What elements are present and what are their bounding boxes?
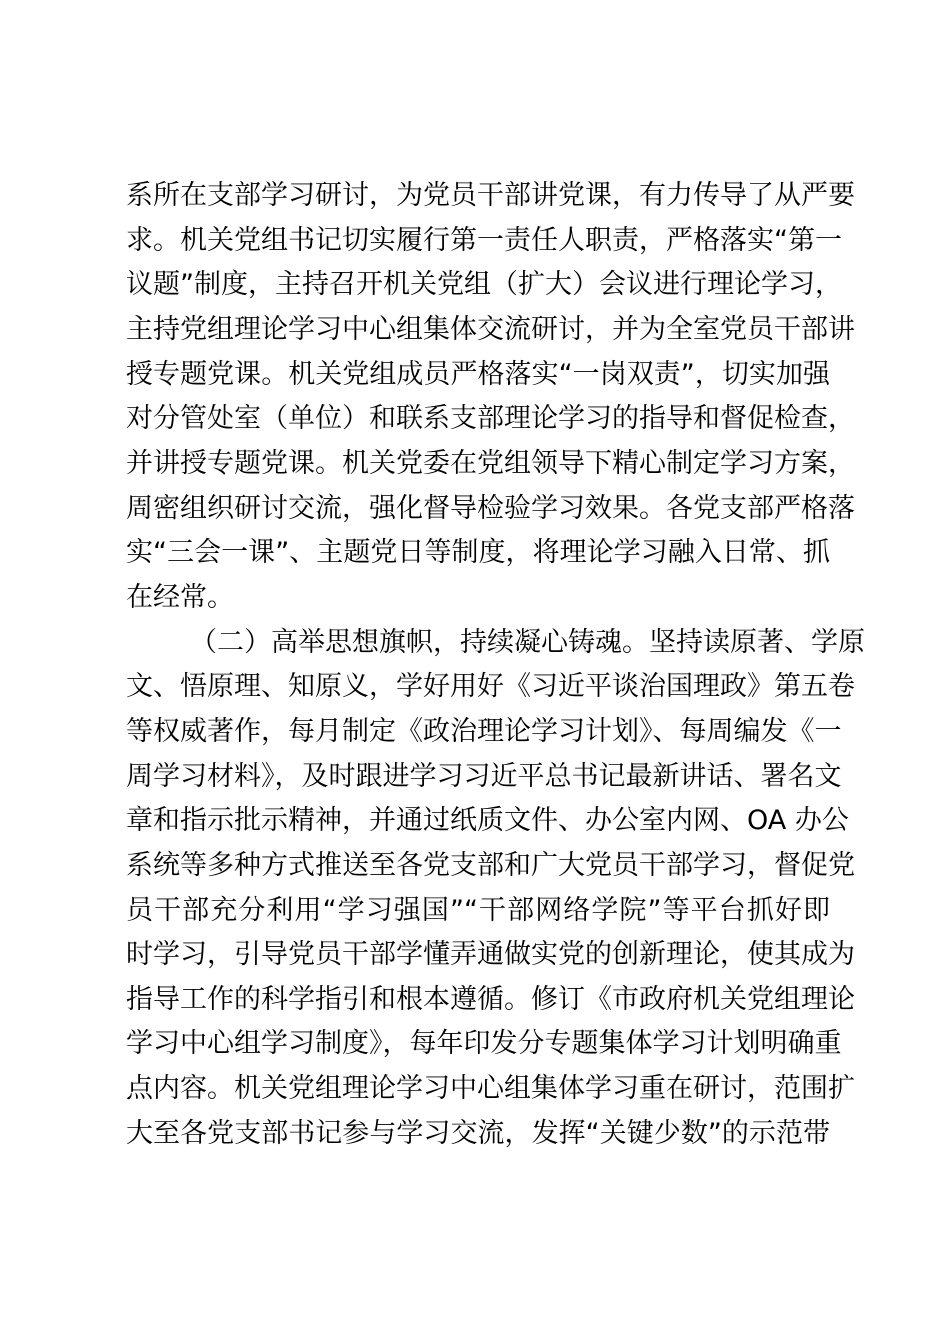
text-line: 系所在支部学习研讨，为党员干部讲党课，有力传导了从严要 — [126, 174, 830, 219]
text-line: 大至各党支部书记参与学习交流，发挥“关键少数”的示范带 — [126, 1112, 830, 1157]
text-line: 求。机关党组书记切实履行第一责任人职责，严格落实“第一 — [126, 219, 830, 264]
text-line: 章和指示批示精神，并通过纸质文件、办公室内网、OA 办公 — [126, 799, 830, 844]
paragraph-2-section-heading: （二）高举思想旗帜，持续凝心铸魂。坚持读原著、学原 文、悟原理、知原义，学好用好… — [126, 621, 830, 1157]
text-line: 实“三会一课”、主题党日等制度，将理论学习融入日常、抓 — [126, 531, 830, 576]
document-body: 系所在支部学习研讨，为党员干部讲党课，有力传导了从严要 求。机关党组书记切实履行… — [126, 174, 830, 1156]
text-line: 周密组织研讨交流，强化督导检验学习效果。各党支部严格落 — [126, 487, 830, 532]
text-line: 周学习材料》，及时跟进学习习近平总书记最新讲话、署名文 — [126, 755, 830, 800]
text-line: 员干部充分利用“学习强国”“干部网络学院”等平台抓好即 — [126, 889, 830, 934]
text-line-indented: （二）高举思想旗帜，持续凝心铸魂。坚持读原著、学原 — [126, 621, 830, 666]
text-line: 文、悟原理、知原义，学好用好《习近平谈治国理政》第五卷 — [126, 665, 830, 710]
text-line: 学习中心组学习制度》，每年印发分专题集体学习计划明确重 — [126, 1022, 830, 1067]
text-line: 在经常。 — [126, 576, 830, 621]
text-line: 点内容。机关党组理论学习中心组集体学习重在研讨，范围扩 — [126, 1067, 830, 1112]
text-line: 授专题党课。机关党组成员严格落实“一岗双责”，切实加强 — [126, 353, 830, 398]
text-line: 等权威著作，每月制定《政治理论学习计划》、每周编发《一 — [126, 710, 830, 755]
text-line: 系统等多种方式推送至各党支部和广大党员干部学习，督促党 — [126, 844, 830, 889]
text-line: 主持党组理论学习中心组集体交流研讨，并为全室党员干部讲 — [126, 308, 830, 353]
text-line: 议题”制度，主持召开机关党组（扩大）会议进行理论学习， — [126, 263, 830, 308]
text-line: 对分管处室（单位）和联系支部理论学习的指导和督促检查， — [126, 397, 830, 442]
text-line: 指导工作的科学指引和根本遵循。修订《市政府机关党组理论 — [126, 978, 830, 1023]
paragraph-1: 系所在支部学习研讨，为党员干部讲党课，有力传导了从严要 求。机关党组书记切实履行… — [126, 174, 830, 621]
document-page: 系所在支部学习研讨，为党员干部讲党课，有力传导了从严要 求。机关党组书记切实履行… — [0, 0, 950, 1344]
text-line: 并讲授专题党课。机关党委在党组领导下精心制定学习方案， — [126, 442, 830, 487]
text-line: 时学习，引导党员干部学懂弄通做实党的创新理论，使其成为 — [126, 933, 830, 978]
